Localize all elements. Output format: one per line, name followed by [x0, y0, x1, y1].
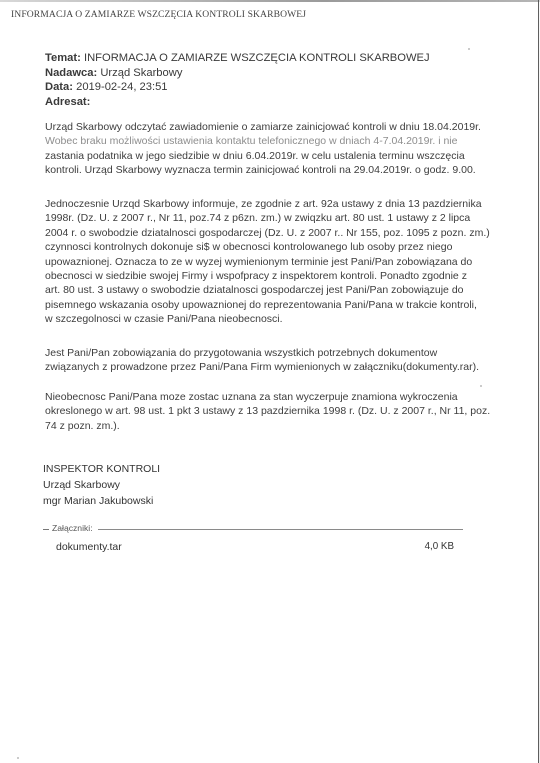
signature-office: Urząd Skarbowy: [43, 477, 160, 493]
text-line: Wobec braku możliwości ustawienia kontak…: [45, 134, 515, 148]
paragraph-documents: Jest Pani/Pan zobowiązania do przygotowa…: [45, 346, 515, 375]
attachment-item[interactable]: dokumenty.tar 4,0 KB: [56, 541, 454, 557]
separator-dash: [43, 529, 49, 530]
attachment-name[interactable]: dokumenty.tar: [56, 541, 122, 553]
text-line: 2004 r. o swobodzie dziatalnosci gospoda…: [45, 226, 515, 240]
email-meta: Temat: INFORMACJA O ZAMIARZE WSZCZĘCIA K…: [45, 51, 430, 109]
paragraph-notice: Urząd Skarbowy odczytać zawiadomienie o …: [45, 120, 515, 178]
sender-row: Nadawca: Urząd Skarbowy: [45, 66, 430, 81]
scan-speck: [17, 757, 19, 759]
scan-speck: [468, 48, 470, 50]
text-line: Nieobecnosc Pani/Pana moze zostac uznana…: [45, 390, 515, 404]
text-line: kontroli. Urząd Skarbowy wyznacza termin…: [45, 163, 515, 177]
text-line: 1998r. (Dz. U. z 2007 r., Nr 11, poz.74 …: [45, 211, 515, 225]
text-line: Jednoczesnie Urzqd Skarbowy informuje, z…: [45, 197, 515, 211]
text-line: 74 z pozn. zm.).: [45, 419, 515, 433]
recipient-label: Adresat:: [45, 96, 90, 108]
scan-top-edge: [0, 0, 540, 2]
attachment-size: 4,0 KB: [425, 541, 454, 552]
paragraph-legal-basis: Jednoczesnie Urzqd Skarbowy informuje, z…: [45, 197, 515, 327]
text-line: Urząd Skarbowy odczytać zawiadomienie o …: [45, 120, 515, 134]
separator-line: [98, 529, 463, 530]
text-line: zastania podatnika w jego siedzibie w dn…: [45, 149, 515, 163]
date-label: Data:: [45, 81, 73, 93]
attachments-label: Załączniki:: [52, 523, 95, 533]
text-line: upowaznionej. Oznacza to ze w wyzej wymi…: [45, 255, 515, 269]
text-line: okreslonego w art. 98 ust. 1 pkt 3 ustaw…: [45, 404, 515, 418]
subject-row: Temat: INFORMACJA O ZAMIARZE WSZCZĘCIA K…: [45, 51, 430, 66]
signature-block: INSPEKTOR KONTROLI Urząd Skarbowy mgr Ma…: [43, 461, 160, 509]
signature-title: INSPEKTOR KONTROLI: [43, 461, 160, 477]
text-line: czynnosci kontrolnych dokonuje si$ w obe…: [45, 240, 515, 254]
text-line: w szczegolnosci w czasie Pani/Pana nieob…: [45, 312, 515, 326]
subject-value: INFORMACJA O ZAMIARZE WSZCZĘCIA KONTROLI…: [84, 52, 430, 64]
recipient-row: Adresat:: [45, 95, 430, 110]
date-row: Data: 2019-02-24, 23:51: [45, 80, 430, 95]
text-line: pisemnego wskazania osoby upowaznionej d…: [45, 298, 515, 312]
date-value: 2019-02-24, 23:51: [76, 81, 167, 93]
scan-speck: [480, 385, 482, 387]
signature-name: mgr Marian Jakubowski: [43, 493, 160, 509]
attachments-separator: Załączniki:: [43, 523, 463, 535]
sender-value: Urząd Skarbowy: [100, 67, 182, 79]
sender-label: Nadawca:: [45, 67, 97, 79]
text-line: art. 80 ust. 3 ustawy o swobodzie dziata…: [45, 283, 515, 297]
paragraph-absence: Nieobecnosc Pani/Pana moze zostac uznana…: [45, 390, 515, 433]
text-line: Jest Pani/Pan zobowiązania do przygotowa…: [45, 346, 515, 360]
text-line: związanych z prowadzone przez Pani/Pana …: [45, 360, 515, 374]
scan-right-edge: [538, 0, 539, 763]
subject-label: Temat:: [45, 52, 81, 64]
document-header: INFORMACJA O ZAMIARZE WSZCZĘCIA KONTROLI…: [11, 9, 306, 20]
text-line: obecnosci w siedzibie swojej Firmy i wsp…: [45, 269, 515, 283]
